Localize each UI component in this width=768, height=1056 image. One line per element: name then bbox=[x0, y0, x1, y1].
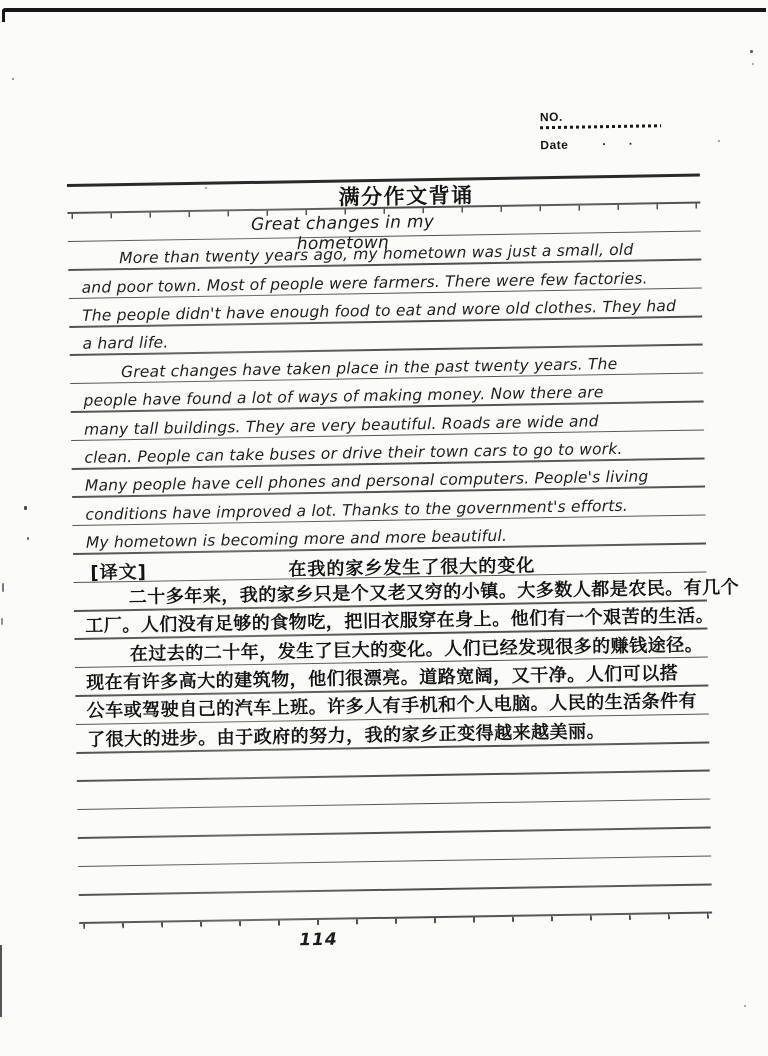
ruled-line bbox=[79, 883, 712, 895]
page-header: NO. Date·· bbox=[540, 108, 701, 153]
essay-line: conditions have improved a lot. Thanks t… bbox=[85, 494, 628, 527]
essay-line: Great changes have taken place in the pa… bbox=[121, 352, 618, 384]
translation-title: 在我的家乡发生了很大的变化 bbox=[288, 551, 535, 581]
scanned-sheet: NO. Date·· 满分作文背诵 Great changes in my ho… bbox=[0, 0, 768, 1056]
ruled-line bbox=[78, 827, 711, 839]
no-label: NO. bbox=[540, 108, 700, 125]
notebook-page: NO. Date·· 满分作文背诵 Great changes in my ho… bbox=[0, 0, 768, 1056]
page-number: 114 bbox=[286, 929, 350, 950]
date-dot: · bbox=[629, 137, 634, 151]
essay-line: many tall buildings. They are very beaut… bbox=[84, 409, 599, 442]
ruled-line bbox=[77, 798, 710, 810]
date-dot: · bbox=[602, 137, 607, 151]
ruled-line bbox=[79, 912, 712, 924]
essay-line: My hometown is becoming more and more be… bbox=[86, 524, 508, 555]
essay-line: people have found a lot of ways of makin… bbox=[83, 380, 603, 413]
essay-line: clean. People can take buses or drive th… bbox=[84, 437, 623, 470]
translation-label: [译文] bbox=[90, 558, 147, 585]
ruled-lines bbox=[0, 0, 759, 1]
ruled-line bbox=[78, 855, 711, 867]
essay-line: More than twenty years ago, my hometown … bbox=[119, 238, 634, 271]
translation-line: 了很大的进步。由于政府的努力，我的家乡正变得越来越美丽。 bbox=[87, 720, 605, 753]
essay-title-chinese: 满分作文背诵 bbox=[326, 179, 486, 212]
date-label: Date bbox=[540, 138, 568, 152]
no-dotted-line bbox=[540, 124, 661, 129]
scan-edge-left bbox=[0, 945, 2, 1017]
essay-line: a hard life. bbox=[82, 330, 168, 355]
date-row: Date·· bbox=[540, 136, 700, 153]
essay-line: Many people have cell phones and persona… bbox=[85, 464, 649, 497]
ruled-line bbox=[77, 770, 710, 782]
essay-line: The people didn't have enough food to ea… bbox=[82, 294, 676, 328]
essay-line: and poor town. Most of people were farme… bbox=[81, 266, 647, 299]
